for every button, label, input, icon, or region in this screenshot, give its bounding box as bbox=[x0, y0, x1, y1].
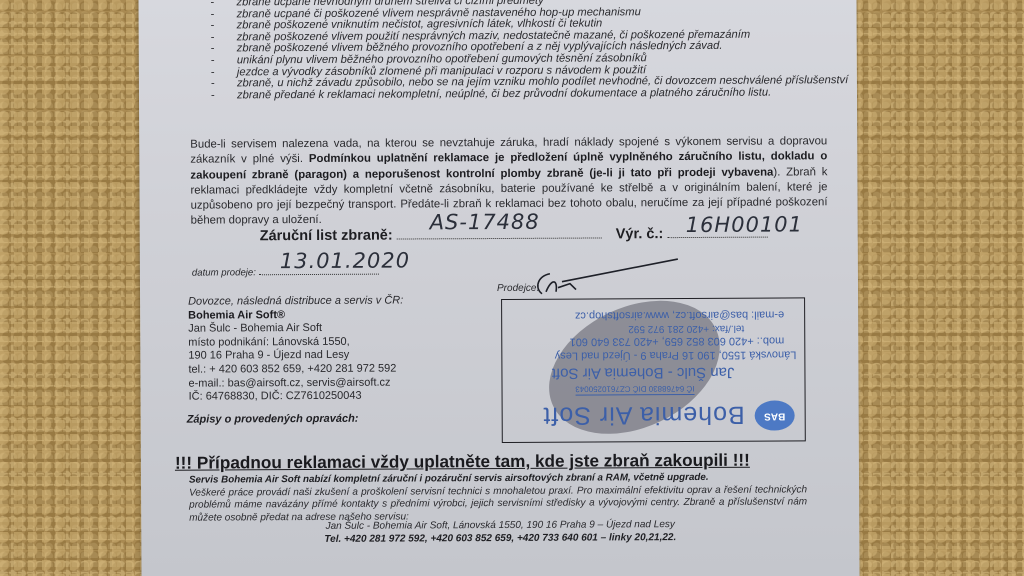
warranty-number-handwritten: AS-17488 bbox=[430, 210, 540, 235]
list-item: zbraně předané k reklamaci nekompletní, … bbox=[211, 87, 851, 102]
seller-stamp: BAS Bohemia Air Soft IČ 64768830 DIČ CZ7… bbox=[502, 298, 805, 442]
seller-signature bbox=[528, 257, 688, 298]
importer-line: tel.: + 420 603 852 659, +420 281 972 59… bbox=[188, 362, 403, 377]
serial-label: Výr. č.: bbox=[616, 226, 664, 242]
claim-banner: !!! Případnou reklamaci vždy uplatněte t… bbox=[175, 450, 750, 474]
serial-number-handwritten: 16H00101 bbox=[686, 212, 803, 237]
importer-company: Bohemia Air Soft® bbox=[188, 309, 285, 322]
stamp-brand: Bohemia Air Soft bbox=[542, 400, 744, 430]
stamp-ic-line: IČ 64768830 DIČ CZ7610250043 bbox=[575, 384, 694, 396]
warranty-label: Záruční list zbraně: bbox=[260, 228, 393, 245]
importer-line: IČ: 64768830, DIČ: CZ7610250043 bbox=[189, 390, 404, 405]
importer-line: Jan Šulc - Bohemia Air Soft bbox=[188, 322, 403, 337]
carpet-background-left bbox=[0, 0, 140, 576]
stamp-mobile-line: mob.: +420 603 852 659, +420 733 640 601 bbox=[570, 335, 785, 348]
seller-stamp-box: BAS Bohemia Air Soft IČ 64768830 DIČ CZ7… bbox=[501, 297, 806, 443]
carpet-background-right bbox=[858, 0, 1024, 576]
importer-heading: Dovozce, následná distribuce a servis v … bbox=[188, 295, 403, 310]
service-title: Servis Bohemia Air Soft nabízí kompletní… bbox=[189, 472, 709, 486]
service-phone: Tel. +420 281 972 592, +420 603 852 659,… bbox=[141, 531, 859, 546]
repairs-heading: Zápisy o provedených opravách: bbox=[187, 413, 359, 426]
exclusions-list: zbraně ucpané nevhodným druhem střeliva … bbox=[210, 0, 851, 102]
warranty-document: zbraně ucpané nevhodným druhem střeliva … bbox=[138, 0, 859, 576]
importer-email: e-mail.: bas@airsoft.cz, servis@airsoft.… bbox=[188, 376, 403, 391]
service-address: Jan Šulc - Bohemia Air Soft, Lánovská 15… bbox=[141, 518, 859, 533]
importer-line: místo podnikání: Lánovská 1550, bbox=[188, 335, 403, 350]
importer-info: Dovozce, následná distribuce a servis v … bbox=[188, 295, 404, 405]
stamp-web-line: e-mail: bas@airsoft.cz, www.airsoftshop.… bbox=[575, 309, 784, 322]
stamp-name-line: Jan Šulc - Bohemia Air Soft bbox=[552, 364, 735, 382]
stamp-address-line: Lánovská 1550, 190 16 Praha 9 - Újezd na… bbox=[555, 348, 797, 361]
importer-line: 190 16 Praha 9 - Újezd nad Lesy bbox=[188, 349, 403, 364]
sale-date-label: datum prodeje: bbox=[192, 267, 256, 278]
bas-badge-icon: BAS bbox=[755, 400, 795, 430]
stamp-fax-line: tel./fax: +420 281 972 592 bbox=[628, 323, 744, 335]
sale-date-handwritten: 13.01.2020 bbox=[280, 248, 410, 273]
